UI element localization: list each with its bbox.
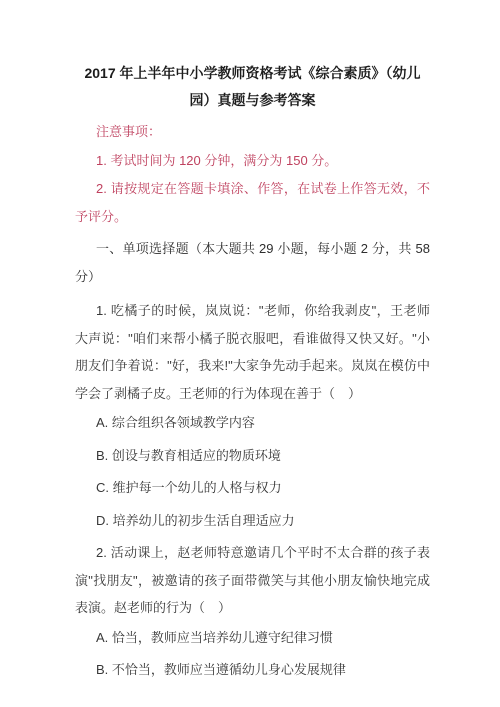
question-2-option-a: A. 恰当，教师应当培养幼儿遵守纪律习惯 [75,624,430,652]
question-1-option-d: D. 培养幼儿的初步生活自理适应力 [75,507,430,535]
notice-item-2: 2. 请按规定在答题卡填涂、作答，在试卷上作答无效，不予评分。 [75,175,430,230]
question-1-stem: 1. 吃橘子的时候，岚岚说："老师，你给我剥皮"，王老师大声说："咱们来帮小橘子… [75,297,430,407]
question-2-option-b: B. 不恰当，教师应当遵循幼儿身心发展规律 [75,656,430,684]
question-2-stem: 2. 活动课上，赵老师特意邀请几个平时不太合群的孩子表演"找朋友"，被邀请的孩子… [75,539,430,622]
notice-item-1: 1. 考试时间为 120 分钟，满分为 150 分。 [75,147,430,175]
question-1-option-b: B. 创设与教育相适应的物质环境 [75,442,430,470]
document-page: 2017 年上半年中小学教师资格考试《综合素质》（幼儿园）真题与参考答案 注意事… [0,0,500,707]
section-heading: 一、单项选择题（本大题共 29 小题，每小题 2 分，共 58 分） [75,235,430,290]
question-1-option-c: C. 维护每一个幼儿的人格与权力 [75,474,430,502]
question-1-option-a: A. 综合组织各领域教学内容 [75,409,430,437]
question-2: 2. 活动课上，赵老师特意邀请几个平时不太合群的孩子表演"找朋友"，被邀请的孩子… [75,539,430,684]
page-title: 2017 年上半年中小学教师资格考试《综合素质》（幼儿园）真题与参考答案 [75,60,430,114]
notice-heading: 注意事项： [75,118,430,146]
notice-section: 注意事项： 1. 考试时间为 120 分钟，满分为 150 分。 2. 请按规定… [75,118,430,230]
question-1: 1. 吃橘子的时候，岚岚说："老师，你给我剥皮"，王老师大声说："咱们来帮小橘子… [75,297,430,534]
